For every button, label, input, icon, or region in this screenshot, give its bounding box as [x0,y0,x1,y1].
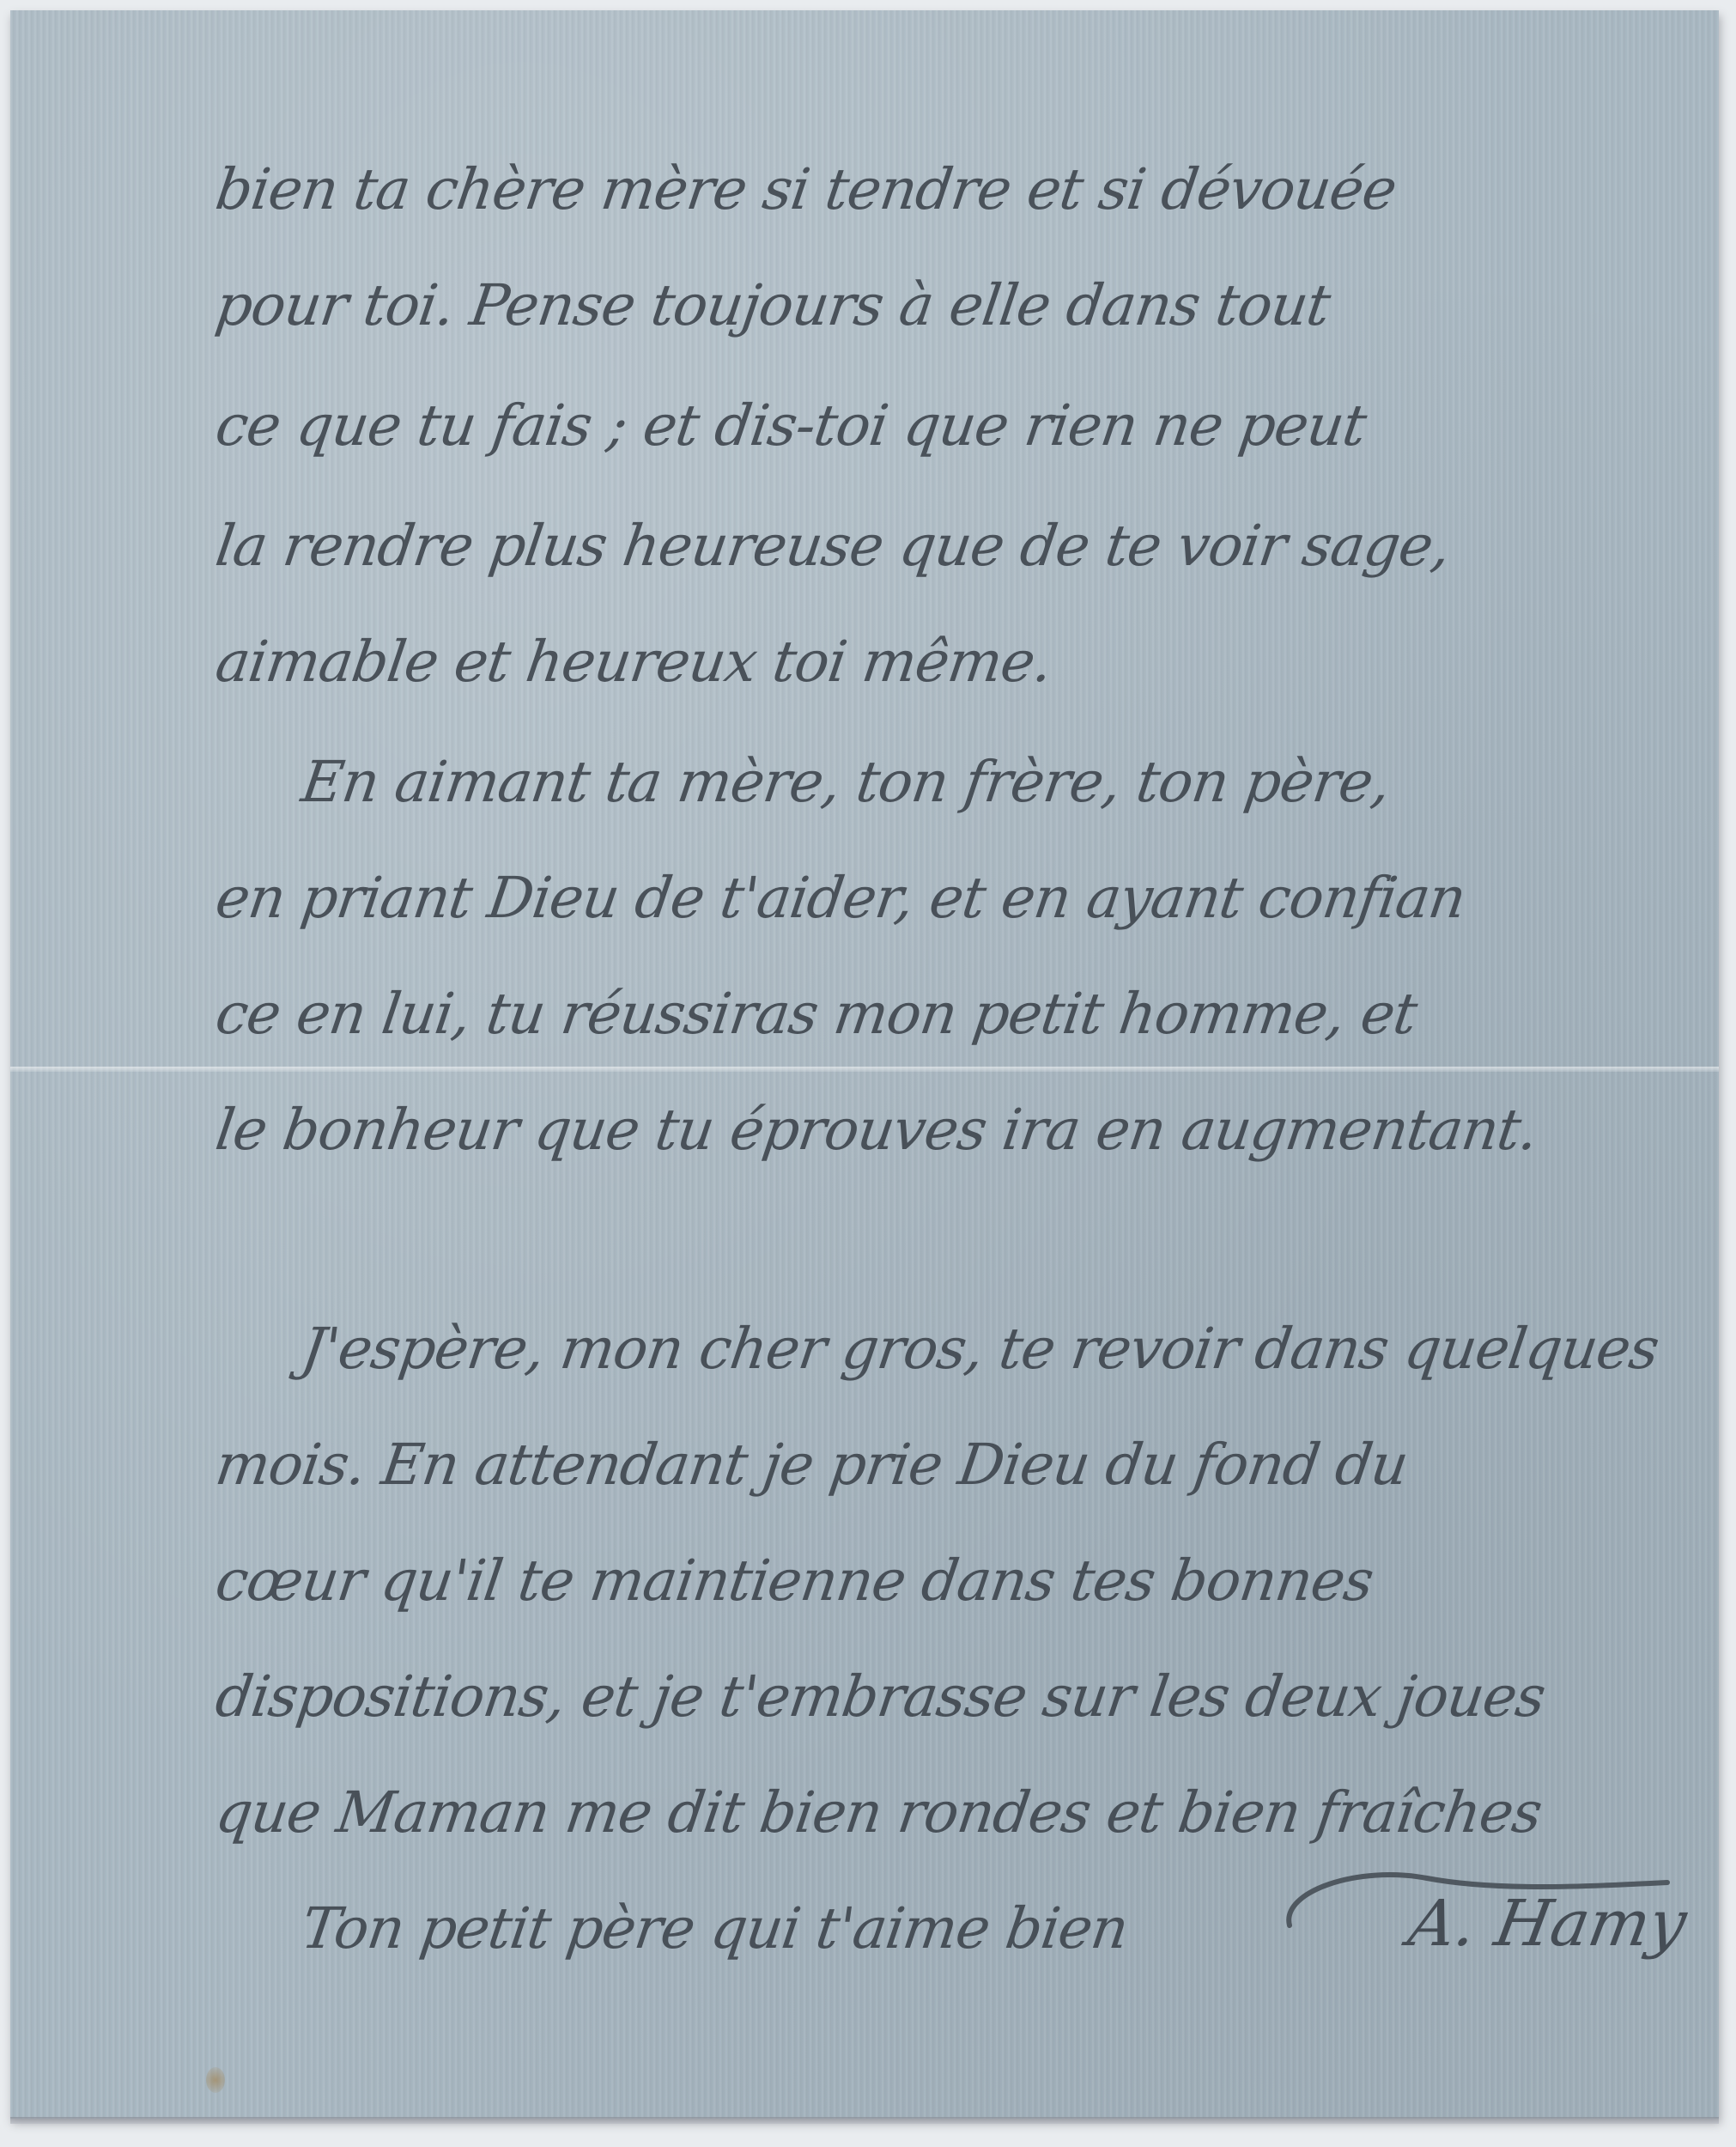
letter-line-3: ce que tu fais ; et dis-toi que rien ne … [212,392,1370,459]
letter-line-7: en priant Dieu de t'aider, et en ayant c… [212,865,1470,931]
letter-line-11: mois. En attendant je prie Dieu du fond … [212,1432,1412,1498]
letter-line-15: Ton petit père qui t'aime bien [298,1895,1132,1961]
letter-line-5: aimable et heureux toi même. [212,629,1056,695]
letter-line-10: J'espère, mon cher gros, te revoir dans … [298,1316,1663,1382]
letter-line-13: dispositions, et je t'embrasse sur les d… [212,1663,1550,1730]
letter-line-1: bien ta chère mère si tendre et si dévou… [212,156,1400,222]
letter-line-2: pour toi. Pense toujours à elle dans tou… [212,272,1334,338]
letter-page: bien ta chère mère si tendre et si dévou… [10,10,1719,2119]
ink-stain [206,2067,225,2093]
signature: A. Hamy [1403,1887,1691,1961]
letter-line-8: ce en lui, tu réussiras mon petit homme,… [212,981,1421,1047]
letter-line-4: la rendre plus heureuse que de te voir s… [212,513,1454,579]
paper-fold-crease [10,1067,1719,1072]
letter-line-14: que Maman me dit bien rondes et bien fra… [212,1779,1546,1846]
letter-line-6: En aimant ta mère, ton frère, ton père, [298,749,1394,815]
letter-line-12: cœur qu'il te maintienne dans tes bonnes [212,1548,1377,1614]
letter-line-9: le bonheur que tu éprouves ira en augmen… [212,1097,1542,1163]
